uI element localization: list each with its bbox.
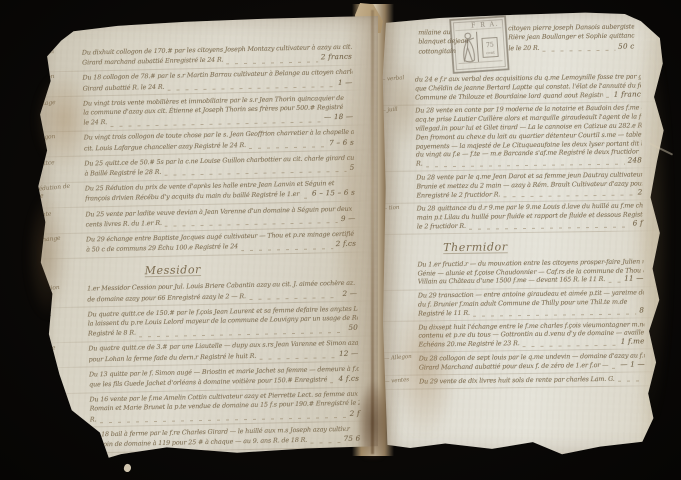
register-entry: venteDu 25 vente par ladite veuve devian… [85, 204, 355, 229]
stamp-value-plaque: 75 cent [482, 37, 498, 57]
month-heading: Thermidor [443, 240, 508, 254]
margin-category-label: quitt [31, 369, 85, 381]
entry-lines: Du 28 quittance du d.r 9.me par le 9.me … [417, 202, 643, 232]
margin-category-label: Allegon [24, 72, 78, 84]
entry-amount: 50 [348, 323, 358, 332]
intro-text-right-of-stamp: citoyen pierre joseph Dansois aubergiste… [508, 22, 634, 53]
dotted-leader [606, 95, 611, 99]
register-entry: échangeDu 29 échange entre Baptiste Jacq… [86, 230, 356, 255]
entry-text-line: R. [90, 415, 97, 424]
register-entry: quittceDu 25 quitt.ce de 50.# 5s par la … [84, 153, 354, 178]
register-entry: bailDu 18 bail à ferme par le f.re Charl… [90, 424, 360, 449]
entry-lines: Du 28 vente par le q.me Jean Darot et sa… [416, 170, 642, 200]
dotted-leader [469, 224, 630, 230]
dotted-leader [167, 84, 335, 92]
register-entry: ventesDu 29 vente de dix livres huit sol… [419, 374, 645, 386]
entry-lines: Du vingt trois vente mobilières et immob… [83, 93, 354, 127]
entry-text-line: Echéans 20.me Registré le 23 R. [418, 339, 519, 349]
entry-text-line: Villain au Château d'une 1500 f.me — dev… [418, 275, 606, 286]
register-entry: obligonDu vingt trois collogon de toute … [84, 128, 354, 153]
margin-category-label: Partage [25, 98, 79, 110]
margin-category-label: échange [28, 234, 82, 246]
register-entry: verbaldu 24 e f.r aux verbal des acquisi… [415, 72, 641, 102]
register-entry: juillDu 28 vente en conte par 19 moderne… [415, 104, 642, 169]
entry-amount: 9 — [341, 213, 356, 223]
register-entry: tionDu 28 quittance du d.r 9.me par le 9… [417, 202, 643, 232]
margin-category-label: tion [381, 204, 413, 213]
entry-text-line: Girard aubattié R. le 24 R. [83, 82, 165, 93]
entry-text-line: Du 29 vente de dix livres huit sols de r… [419, 374, 615, 386]
register-entry: quittDu 13 quitte par le f. Simon augé —… [89, 364, 359, 389]
margin-category-label: Allegon [24, 47, 78, 59]
entry-last-line: Villain au Château d'une 1500 f.me — dev… [418, 275, 644, 287]
register-entry: AllegonDu 28 collogon de sept louis par … [419, 351, 645, 372]
margin-category-label: vente [33, 454, 87, 466]
entry-text-line: le 2 fructidor R. [417, 222, 466, 231]
entry-amount: 7 – 6 s [329, 137, 354, 147]
entry-amount: 12 — [339, 348, 359, 358]
entry-lines: Du 16 vente par le f.me Amelin Cottin cu… [89, 390, 360, 424]
entry-lines: Du vingt trois collogon de toute chose p… [84, 128, 354, 153]
entry-text-line: Registré le 8 R. [88, 329, 136, 339]
entry-lines: Du 29 vente de dix livres huit sols de r… [419, 374, 645, 386]
entry-last-line: le le 20 R.50 c [508, 41, 634, 53]
margin-category-label: Rédution de vente [26, 183, 81, 201]
entry-amount: — 1 — [620, 360, 645, 369]
entry-lines: Du 25 vente par ladite veuve devian à Je… [85, 204, 355, 229]
entry-lines: Du 28 vente en conte par 19 moderne de l… [415, 104, 642, 169]
manuscript-scan: AllegonDu dixhuit collogon de 170.# par … [0, 0, 681, 480]
stamp-value: 75 [486, 42, 494, 50]
margin-category-label: vente [31, 394, 85, 406]
entry-lines: Du 28 collogon de sept louis par le q.me… [419, 351, 645, 372]
entry-text-line: à Baillé Registré le 28 R. [84, 168, 161, 179]
entry-text-line: Rière jean Boullanger et Sophie quittanc… [508, 32, 634, 43]
entry-last-line: Du 29 vente de dix livres huit sols de r… [419, 374, 645, 386]
entry-amount: 248 [628, 157, 642, 166]
entry-amount: 8 [639, 306, 644, 315]
register-entry: Du 28 vente par le q.me Jean Darot et sa… [416, 170, 642, 200]
entry-amount: 4 f.cs [338, 374, 359, 384]
dotted-leader [227, 59, 318, 65]
dotted-leader [503, 193, 634, 199]
dotted-leader [249, 295, 340, 301]
entry-lines: Du quatre quitt.ce de 3.# par une Liaute… [88, 339, 358, 364]
margin-category-label: vente [27, 208, 81, 220]
margin-category-label: obligon [26, 132, 80, 144]
dotted-leader [473, 311, 636, 317]
margin-category-label: ventes [384, 376, 416, 385]
entry-amount: 5 [350, 163, 355, 172]
dotted-leader [543, 48, 616, 53]
margin-category-label: juill [380, 106, 412, 115]
entry-text-line: le le 20 R. [508, 44, 539, 54]
entry-amount: 50 c [618, 41, 634, 50]
register-entry: Du dixsept huit l'échange entre le f.me … [418, 320, 644, 350]
dotted-leader [249, 144, 326, 150]
entry-lines: Du 13 quitte par le f. Simon augé — Brio… [89, 364, 359, 389]
register-entry: AllegonDu dixhuit collogon de 170.# par … [82, 43, 352, 68]
dotted-leader [164, 169, 347, 177]
right-page-entries: verbaldu 24 e f.r aux verbal des acquisi… [415, 72, 645, 390]
entry-last-line: Registré le 11 R.8 [418, 306, 644, 318]
entry-last-line: Girard Marchand aubattié pour deux f. de… [419, 360, 645, 372]
entry-amount: 6 f [633, 219, 643, 228]
entry-lines: Du dixhuit collogon de 170.# par les cit… [82, 43, 352, 68]
entry-text-line: Commune de Thilouze et Bourdaine lord qu… [415, 91, 603, 102]
dotted-leader [426, 162, 625, 169]
register-entry: quittDu quatre quitt.ce de 150.# par le … [88, 304, 359, 338]
entry-lines: Du 29 échange entre Baptiste Jacques aug… [86, 230, 356, 255]
entry-last-line: le 2 fructidor R.6 f [417, 219, 643, 231]
entry-last-line: Commune de Thilouze et Bourdaine lord qu… [415, 90, 641, 102]
entry-lines: 1.er Messidor Cession pour Jul. Louis Br… [87, 279, 357, 304]
dotted-leader [259, 355, 336, 361]
margin-category-label: bail [32, 429, 86, 441]
entry-amount: 2 francs [321, 52, 352, 62]
entry-lines: Du dixsept huit l'échange entre le f.me … [418, 320, 644, 350]
margin-category-label: Allegon [384, 353, 416, 362]
entry-text-line: le 24 R. [83, 118, 107, 128]
entry-lines: Du 25 Rédution du prix de vente d'après … [85, 179, 355, 204]
dotted-leader [618, 379, 642, 383]
dotted-leader [139, 329, 346, 338]
entry-text-line: Registré le 11 R. [418, 309, 470, 319]
dotted-leader [608, 280, 621, 284]
dotted-leader [304, 195, 309, 199]
fold-stain [358, 382, 388, 458]
register-entry: quitteDu quatre quitt.ce de 3.# par une … [88, 339, 358, 364]
margin-category-label: quitte [30, 343, 84, 355]
left-page-entries: AllegonDu dixhuit collogon de 170.# par … [82, 43, 361, 471]
dotted-leader [165, 220, 338, 228]
entry-amount: — 18 — [324, 112, 353, 122]
entry-lines: Du 25 quitt.ce de 50.# 5s par la c.ne Lo… [84, 153, 354, 178]
register-entry: PartageDu vingt trois vente mobilières e… [83, 93, 354, 127]
entry-last-line: Enregistré le 2 fructidor R.2 [416, 188, 642, 200]
entry-amount: 2 f.cs [336, 239, 357, 249]
stamp-unit: cent [486, 50, 495, 56]
stamp-figure [457, 30, 503, 63]
entry-amount: 1 f.me [621, 337, 645, 346]
margin-category-label: Cession [29, 283, 83, 295]
left-page: AllegonDu dixhuit collogon de 170.# par … [26, 16, 378, 464]
entry-last-line: Echéans 20.me Registré le 23 R.1 f.me [418, 337, 644, 349]
dotted-leader [241, 246, 333, 252]
entry-lines: Du 1.er fructid.r — du mouv.ation entre … [417, 257, 643, 287]
register-entry: Du 1.er fructid.r — du mouv.ation entre … [417, 257, 643, 287]
register-entry: Rédution de venteDu 25 Rédution du prix … [85, 179, 355, 204]
entry-amount: 1 franc [614, 90, 641, 99]
entry-text-line: Girard marchand aubattié Enregistré le 2… [82, 56, 224, 68]
entry-amount: 2 [638, 188, 643, 197]
entry-amount: 11 — [624, 275, 644, 284]
register-entry: AllegonDu 18 collogon de 78.# par le s.r… [82, 68, 352, 93]
entry-amount: 6 – 15 – 6 s [312, 188, 355, 198]
entry-text-line: Girard Marchand aubattié pour deux f. de… [419, 361, 609, 372]
register-entry: Cession1.er Messidor Cession pour Jul. L… [87, 279, 357, 304]
right-page: F R A. 75 cent milaine aublanquet dejean… [381, 10, 673, 456]
entry-text-line: cents livres R. du 1.er R. [86, 219, 162, 230]
paper-fragment [123, 463, 132, 473]
register-entry: Du 29 transaction — entre antoine giraud… [418, 289, 644, 319]
entry-text-line: R. [416, 160, 423, 169]
dotted-leader [330, 380, 336, 384]
dotted-leader [99, 415, 346, 424]
margin-category-label: verbal [380, 74, 412, 83]
margin-category-label: quittce [26, 158, 80, 170]
month-heading: Messidor [145, 263, 202, 277]
dotted-leader [110, 119, 321, 128]
entry-lines: Du 18 bail à ferme par le f.re Charles G… [90, 424, 360, 449]
revenue-stamp: F R A. 75 cent [449, 15, 511, 75]
entry-lines: Du quatre quitt.ce de 150.# par le f.çoi… [88, 304, 359, 338]
register-entry: venteDu 16 vente par le f.me Amelin Cott… [89, 390, 360, 424]
entry-lines: du 24 e f.r aux verbal des acquisitions … [415, 72, 641, 102]
entry-text-line: Enregistré le 2 fructidor R. [416, 190, 500, 200]
entry-amount: 1 — [338, 77, 353, 87]
entry-amount: 2 — [342, 288, 357, 298]
entry-text-line: à 50 c de communs 29 Échu 100.e Registré… [86, 242, 238, 255]
entry-lines: Du 18 collogon de 78.# par le s.r Martin… [82, 68, 352, 93]
dotted-leader [612, 365, 618, 369]
dotted-leader [523, 343, 618, 348]
entry-lines: Du 29 transaction — entre antoine giraud… [418, 289, 644, 319]
dotted-leader [310, 440, 341, 445]
margin-category-label: quitt [29, 309, 83, 321]
